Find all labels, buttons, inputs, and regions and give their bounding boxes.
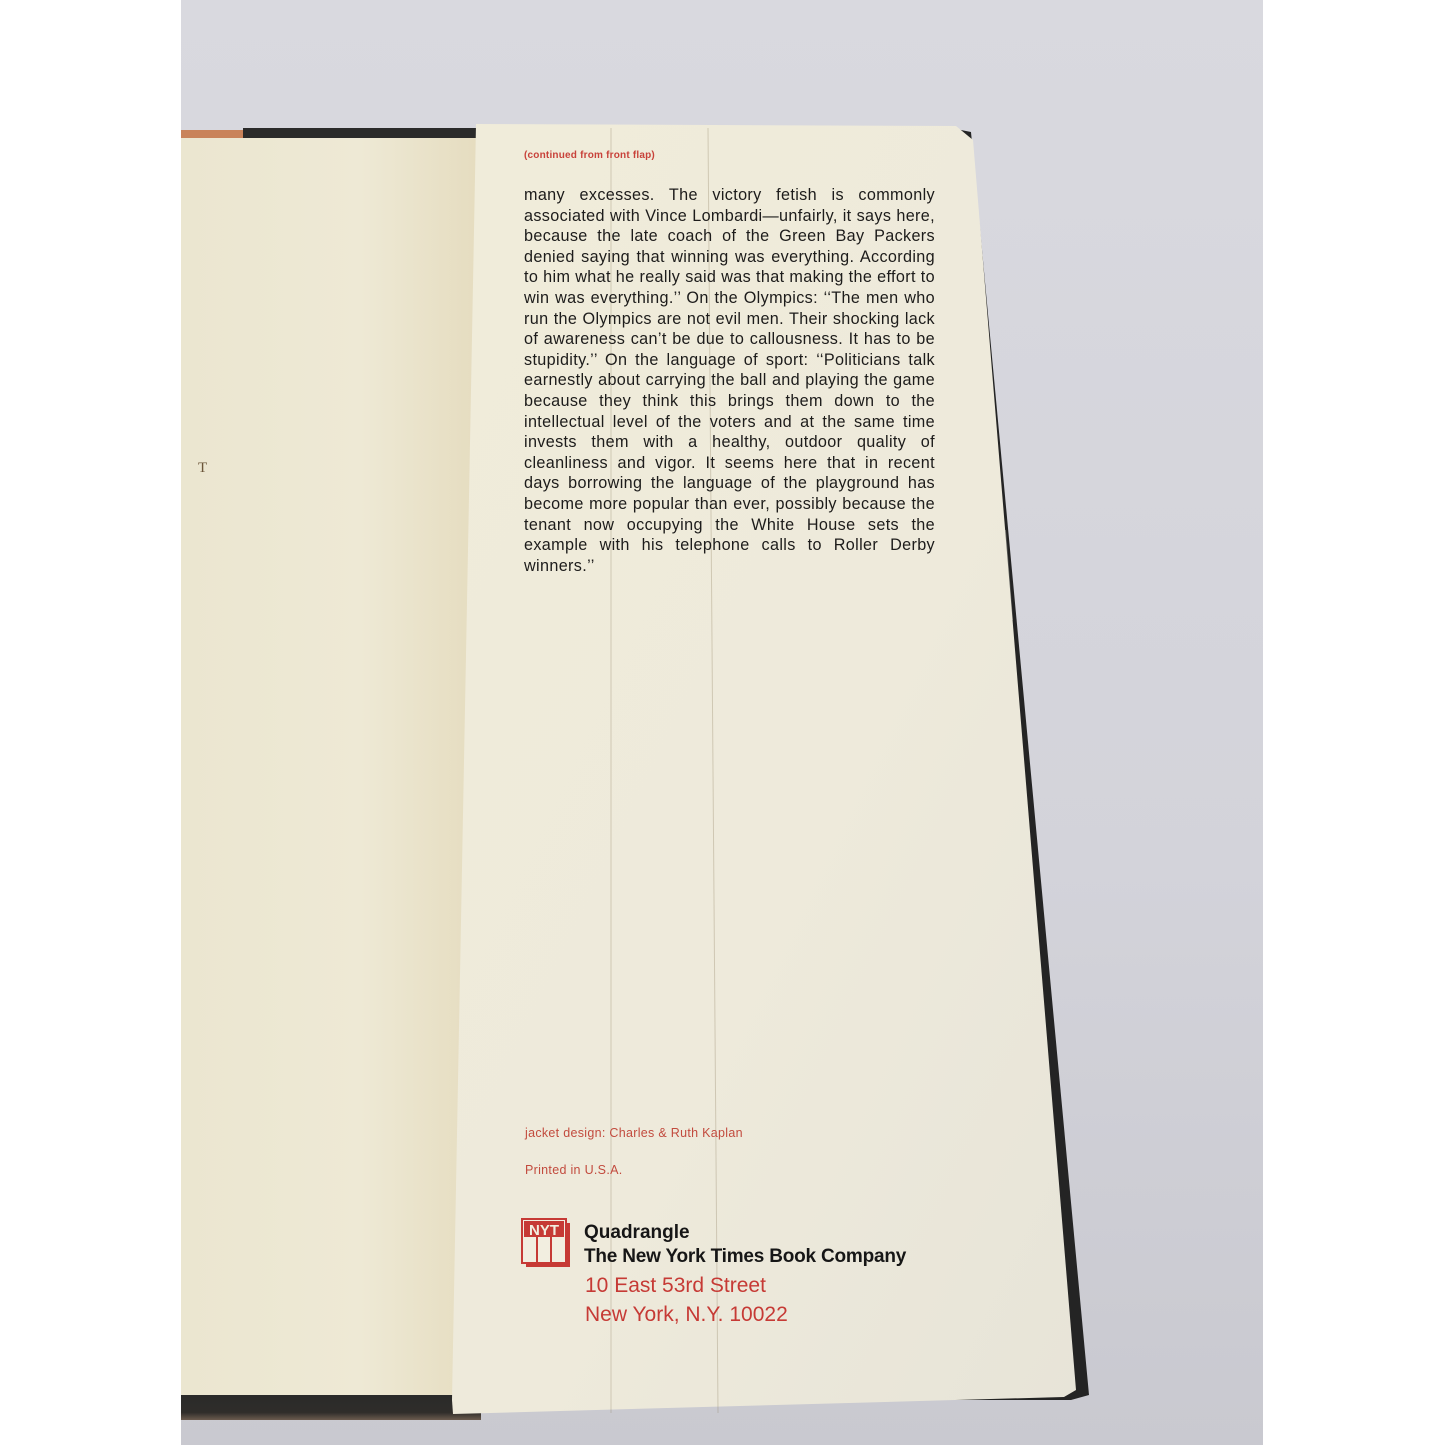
nyt-logo-icon: NYT xyxy=(521,1218,571,1268)
publisher-imprint: Quadrangle xyxy=(584,1222,690,1244)
credits: jacket design: Charles & Ruth Kaplan Pri… xyxy=(525,1126,743,1200)
continued-note: (continued from front flap) xyxy=(524,150,944,161)
book-photo: T (continued from front flap) many exces… xyxy=(181,0,1263,1445)
flap-text-block: (continued from front flap) many excesse… xyxy=(524,150,944,576)
publisher-company: The New York Times Book Company xyxy=(584,1246,906,1268)
svg-text:NYT: NYT xyxy=(529,1222,559,1239)
publisher-address-line1: 10 East 53rd Street xyxy=(585,1274,766,1298)
jacket-design-credit: jacket design: Charles & Ruth Kaplan xyxy=(525,1126,743,1163)
publisher-address-line2: New York, N.Y. 10022 xyxy=(585,1303,788,1327)
flap-body-text: many excesses. The victory fetish is com… xyxy=(524,185,935,576)
printed-in-note: Printed in U.S.A. xyxy=(525,1163,743,1200)
